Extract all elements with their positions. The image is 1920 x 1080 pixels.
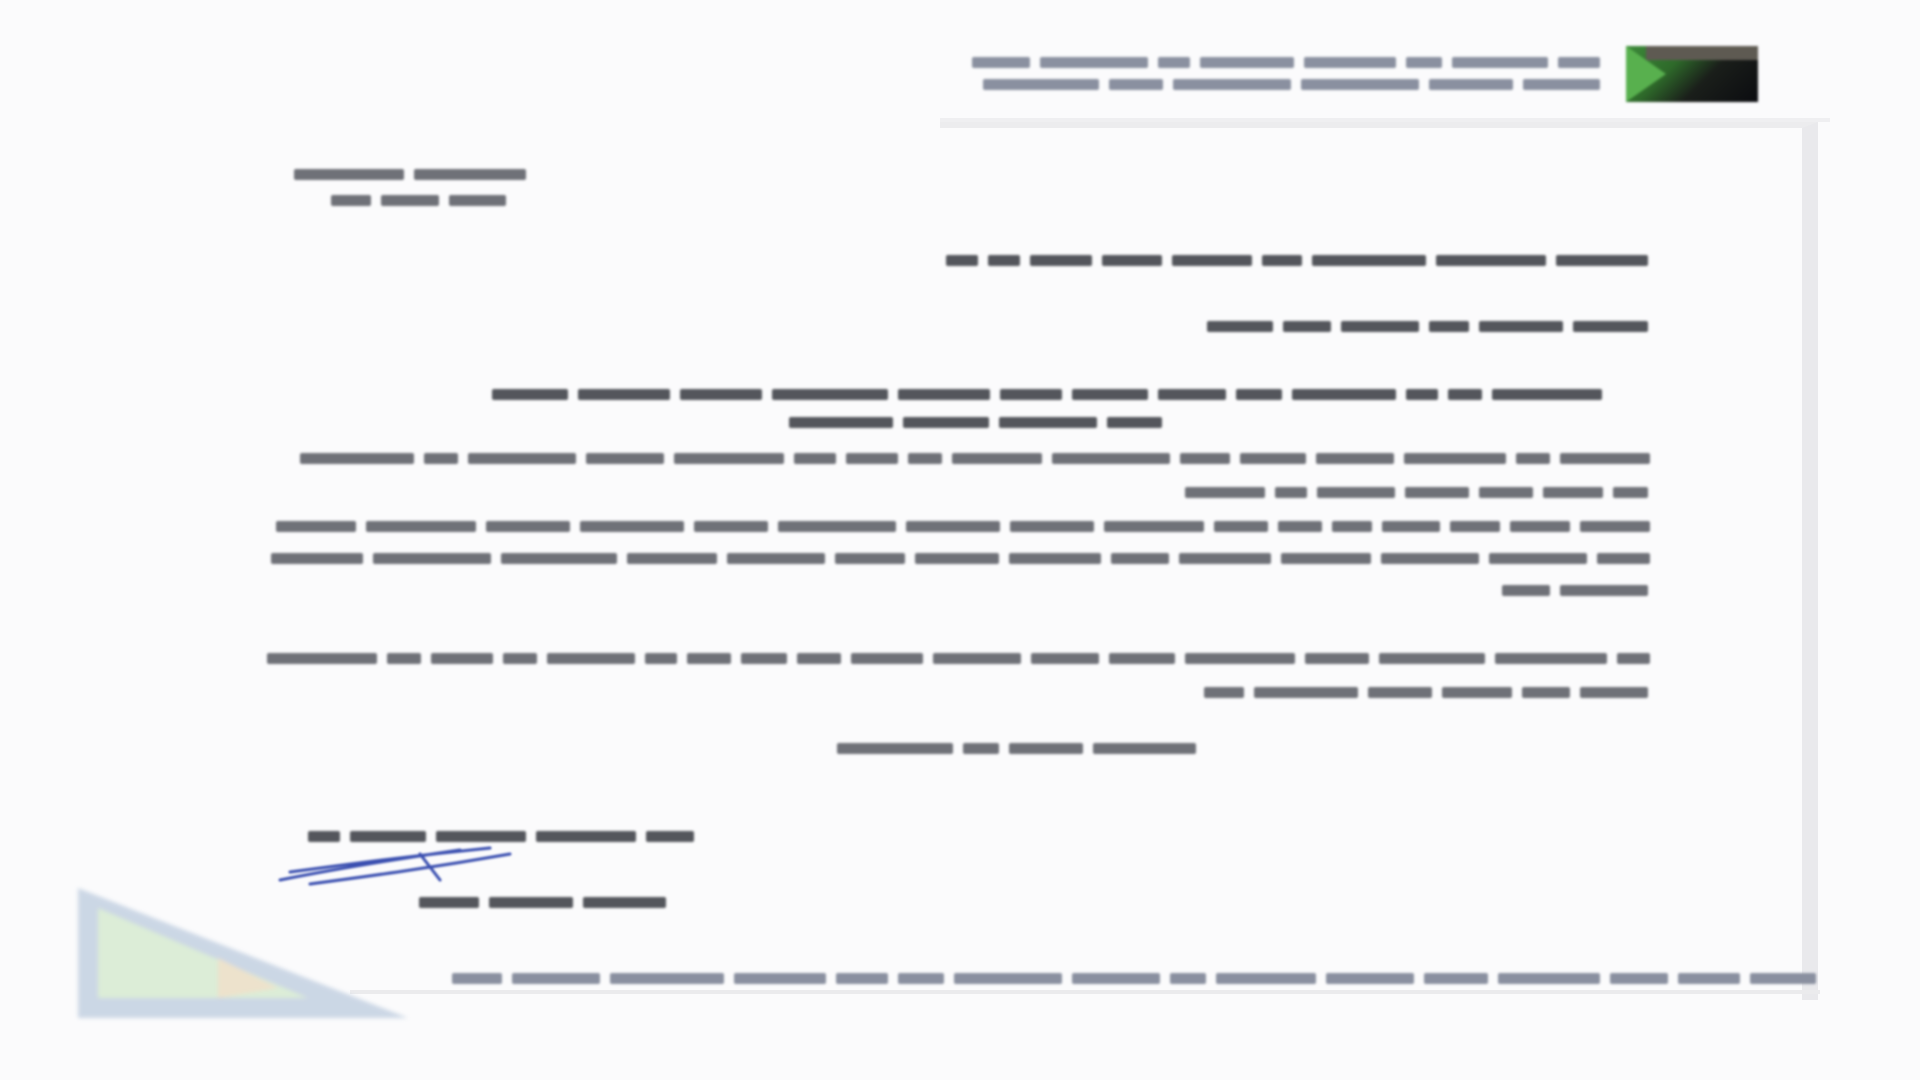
footer-contact-line: [illegible — address / phone line]: [356, 972, 1816, 984]
illegible-word: [1305, 653, 1369, 664]
illegible-word: [1275, 487, 1307, 498]
illegible-word: [778, 521, 896, 532]
illegible-word: [267, 653, 377, 664]
illegible-word: [772, 389, 888, 400]
illegible-word: [1179, 553, 1271, 564]
illegible-word: [1200, 57, 1294, 68]
illegible-word: [1448, 389, 1482, 400]
illegible-word: [1301, 79, 1419, 90]
illegible-word: [492, 389, 568, 400]
illegible-word: [1543, 487, 1603, 498]
illegible-word: [1580, 521, 1650, 532]
illegible-word: [452, 973, 502, 984]
illegible-word: [578, 389, 670, 400]
illegible-word: [1102, 255, 1162, 266]
illegible-word: [1450, 521, 1500, 532]
illegible-word: [1173, 79, 1291, 90]
illegible-word: [1304, 57, 1396, 68]
illegible-word: [1278, 521, 1322, 532]
illegible-word: [1429, 79, 1513, 90]
illegible-word: [1436, 255, 1546, 266]
illegible-word: [387, 653, 421, 664]
illegible-word: [908, 453, 942, 464]
illegible-word: [1404, 453, 1506, 464]
illegible-word: [1405, 487, 1469, 498]
illegible-word: [1204, 687, 1244, 698]
illegible-word: [1292, 389, 1396, 400]
illegible-word: [1379, 653, 1485, 664]
paragraph-2-line-1: [illegible Arabic text]: [254, 520, 1650, 532]
illegible-word: [300, 453, 414, 464]
illegible-word: [489, 897, 573, 908]
illegible-word: [797, 653, 841, 664]
illegible-word: [1109, 653, 1175, 664]
illegible-word: [1040, 57, 1148, 68]
illegible-word: [503, 653, 537, 664]
illegible-word: [1240, 453, 1306, 464]
illegible-word: [946, 255, 978, 266]
letterhead-org-name-line2: [illegible Arabic text]: [946, 78, 1600, 90]
illegible-word: [952, 453, 1042, 464]
illegible-word: [1381, 553, 1479, 564]
illegible-word: [972, 57, 1030, 68]
illegible-word: [1750, 973, 1816, 984]
illegible-word: [794, 453, 836, 464]
illegible-word: [1072, 973, 1160, 984]
addressee-line: [illegible Arabic text]: [912, 254, 1648, 266]
illegible-word: [547, 653, 635, 664]
illegible-word: [1522, 687, 1570, 698]
illegible-word: [933, 653, 1021, 664]
illegible-word: [1317, 487, 1395, 498]
closing-line: [illegible Arabic text]: [724, 742, 1196, 754]
illegible-word: [468, 453, 576, 464]
illegible-word: [512, 973, 600, 984]
illegible-word: [1009, 553, 1101, 564]
illegible-word: [1109, 79, 1163, 90]
illegible-word: [1516, 453, 1550, 464]
illegible-word: [294, 169, 404, 180]
illegible-word: [837, 743, 953, 754]
illegible-word: [1009, 743, 1083, 754]
paragraph-2-line-2: [illegible Arabic text]: [254, 552, 1650, 564]
illegible-word: [741, 653, 787, 664]
illegible-word: [381, 195, 439, 206]
illegible-word: [1107, 417, 1162, 428]
illegible-word: [1326, 973, 1414, 984]
illegible-word: [1185, 653, 1295, 664]
illegible-word: [1580, 687, 1648, 698]
illegible-word: [1558, 57, 1600, 68]
illegible-word: [1597, 553, 1650, 564]
illegible-word: [954, 973, 1062, 984]
illegible-word: [999, 417, 1097, 428]
paragraph-1-line-1: [illegible Arabic text]: [254, 452, 1650, 464]
illegible-word: [988, 255, 1020, 266]
illegible-word: [851, 653, 923, 664]
illegible-word: [1610, 973, 1668, 984]
illegible-word: [1072, 389, 1148, 400]
illegible-word: [1368, 687, 1432, 698]
illegible-word: [486, 521, 570, 532]
illegible-word: [983, 79, 1099, 90]
illegible-word: [1111, 553, 1169, 564]
illegible-word: [1560, 453, 1650, 464]
illegible-word: [1406, 389, 1438, 400]
subject-line-2: [illegible Arabic text]: [740, 416, 1162, 428]
illegible-word: [586, 453, 664, 464]
illegible-word: [727, 553, 825, 564]
illegible-word: [898, 389, 990, 400]
paragraph-3-line-1: [illegible Arabic text]: [254, 652, 1650, 664]
illegible-word: [1283, 321, 1331, 332]
illegible-word: [646, 831, 694, 842]
reference-number: [illegible — reference number]: [266, 168, 526, 180]
illegible-word: [1332, 521, 1372, 532]
illegible-word: [366, 521, 476, 532]
illegible-word: [1489, 553, 1587, 564]
illegible-word: [1236, 389, 1282, 400]
illegible-word: [915, 553, 999, 564]
illegible-word: [1502, 585, 1550, 596]
illegible-word: [1158, 57, 1190, 68]
illegible-word: [610, 973, 724, 984]
illegible-word: [276, 521, 356, 532]
organization-logo-icon: [1626, 46, 1758, 102]
illegible-word: [674, 453, 784, 464]
letterhead-org-name-line1: [illegible Arabic text]: [946, 56, 1600, 68]
illegible-word: [898, 973, 944, 984]
illegible-word: [1214, 521, 1268, 532]
illegible-word: [271, 553, 363, 564]
illegible-word: [1030, 255, 1092, 266]
illegible-word: [1479, 487, 1533, 498]
illegible-word: [645, 653, 677, 664]
illegible-word: [627, 553, 717, 564]
illegible-word: [1452, 57, 1548, 68]
organization-watermark-icon: [78, 888, 408, 1018]
illegible-word: [1556, 255, 1648, 266]
illegible-word: [1093, 743, 1196, 754]
illegible-word: [373, 553, 491, 564]
illegible-word: [501, 553, 617, 564]
illegible-word: [1479, 321, 1563, 332]
greeting-line: [illegible Arabic text]: [1174, 320, 1648, 332]
illegible-word: [414, 169, 526, 180]
illegible-word: [1316, 453, 1394, 464]
illegible-word: [903, 417, 989, 428]
footer-divider: [350, 990, 1820, 994]
illegible-word: [1216, 973, 1316, 984]
illegible-word: [424, 453, 458, 464]
reference-date: [illegible — date]: [266, 194, 506, 206]
illegible-word: [583, 897, 666, 908]
illegible-word: [1560, 585, 1648, 596]
illegible-word: [1052, 453, 1170, 464]
illegible-word: [789, 417, 893, 428]
illegible-word: [1281, 553, 1371, 564]
illegible-word: [1573, 321, 1648, 332]
illegible-word: [1158, 389, 1226, 400]
illegible-word: [331, 195, 371, 206]
illegible-word: [680, 389, 762, 400]
illegible-word: [1104, 521, 1204, 532]
illegible-word: [419, 897, 479, 908]
illegible-word: [431, 653, 493, 664]
illegible-word: [1510, 521, 1570, 532]
illegible-word: [687, 653, 731, 664]
illegible-word: [1429, 321, 1469, 332]
illegible-word: [1010, 521, 1094, 532]
illegible-word: [449, 195, 506, 206]
illegible-word: [1424, 973, 1488, 984]
paragraph-2-line-3: [illegible — contains a date]: [1414, 584, 1648, 596]
illegible-word: [1031, 653, 1099, 664]
illegible-word: [1180, 453, 1230, 464]
illegible-word: [580, 521, 684, 532]
illegible-word: [1207, 321, 1273, 332]
handwritten-signature-icon: [270, 840, 590, 890]
illegible-word: [963, 743, 999, 754]
illegible-word: [1312, 255, 1426, 266]
illegible-word: [1172, 255, 1252, 266]
illegible-word: [1254, 687, 1358, 698]
paragraph-3-line-2: [illegible Arabic text]: [1148, 686, 1648, 698]
illegible-word: [1492, 389, 1602, 400]
illegible-word: [1498, 973, 1600, 984]
illegible-word: [694, 521, 768, 532]
illegible-word: [1341, 321, 1419, 332]
illegible-word: [1617, 653, 1650, 664]
illegible-word: [836, 973, 888, 984]
illegible-word: [835, 553, 905, 564]
illegible-word: [846, 453, 898, 464]
paragraph-1-line-2: [illegible Arabic text]: [1176, 486, 1648, 498]
illegible-word: [1495, 653, 1607, 664]
illegible-word: [1170, 973, 1206, 984]
illegible-word: [734, 973, 826, 984]
subject-line-1: [illegible Arabic text]: [452, 388, 1602, 400]
illegible-word: [1678, 973, 1740, 984]
illegible-word: [1442, 687, 1512, 698]
illegible-word: [906, 521, 1000, 532]
illegible-word: [1185, 487, 1265, 498]
illegible-word: [1262, 255, 1302, 266]
illegible-word: [1523, 79, 1600, 90]
illegible-word: [1406, 57, 1442, 68]
illegible-word: [1000, 389, 1062, 400]
illegible-word: [1613, 487, 1648, 498]
illegible-word: [1382, 521, 1440, 532]
